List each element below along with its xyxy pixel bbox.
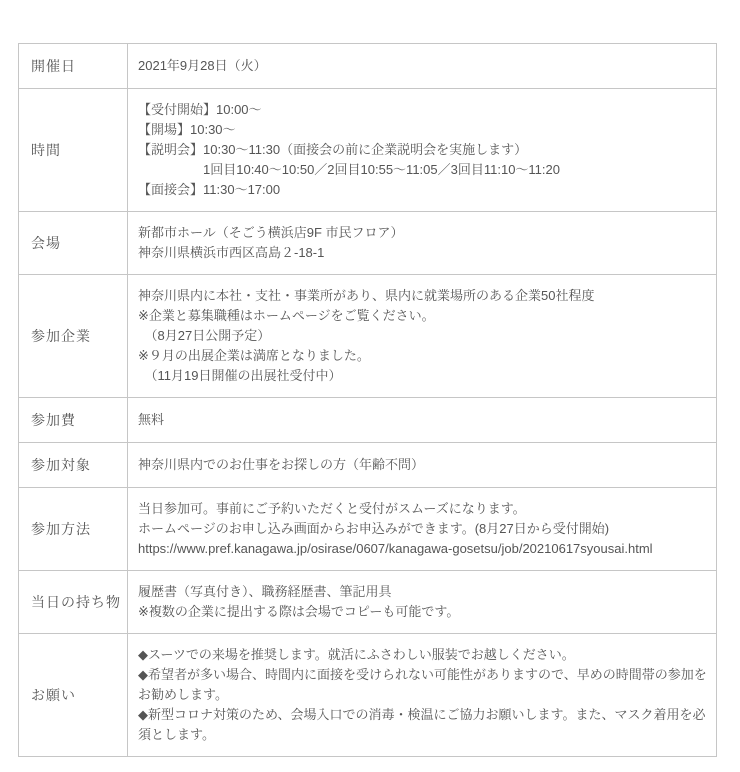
row-value: 当日参加可。事前にご予約いただくと受付がスムーズになります。 ホームページのお申… [128, 488, 717, 571]
table-row-companies: 参加企業 神奈川県内に本社・支社・事業所があり、県内に就業場所のある企業50社程… [19, 275, 717, 398]
table-row-time: 時間 【受付開始】10:00～ 【開場】10:30～ 【説明会】10:30～11… [19, 89, 717, 212]
row-value: 2021年9月28日（火） [128, 44, 717, 89]
row-label: 参加企業 [19, 275, 128, 398]
text-line: ◆希望者が多い場合、時間内に面接を受けられない可能性がありますので、早めの時間帯… [138, 665, 708, 705]
row-value: 神奈川県内でのお仕事をお探しの方（年齢不問） [128, 443, 717, 488]
table-row-venue: 会場 新都市ホール（そごう横浜店9F 市民フロア） 神奈川県横浜市西区高島２-1… [19, 212, 717, 275]
table-row-date: 開催日 2021年9月28日（火） [19, 44, 717, 89]
text-line: ※複数の企業に提出する際は会場でコピーも可能です。 [138, 602, 708, 622]
table-row-items-to-bring: 当日の持ち物 履歴書（写真付き）、職務経歴書、筆記用具 ※複数の企業に提出する際… [19, 571, 717, 634]
table-row-fee: 参加費 無料 [19, 398, 717, 443]
row-value: 履歴書（写真付き）、職務経歴書、筆記用具 ※複数の企業に提出する際は会場でコピー… [128, 571, 717, 634]
text-line: 履歴書（写真付き）、職務経歴書、筆記用具 [138, 582, 708, 602]
text-line: 神奈川県横浜市西区高島２-18-1 [138, 243, 708, 263]
text-line: ◆新型コロナ対策のため、会場入口での消毒・検温にご協力お願いします。また、マスク… [138, 705, 708, 745]
text-line: ホームページのお申し込み画面からお申込みができます。(8月27日から受付開始) [138, 519, 708, 539]
text-line: 無料 [138, 410, 708, 430]
page: 開催日 2021年9月28日（火） 時間 【受付開始】10:00～ 【開場】10… [0, 0, 740, 772]
row-label: お願い [19, 634, 128, 757]
text-line: （11月19日開催の出展社受付中） [138, 366, 708, 386]
row-label: 参加対象 [19, 443, 128, 488]
text-line: 新都市ホール（そごう横浜店9F 市民フロア） [138, 223, 708, 243]
table-row-method: 参加方法 当日参加可。事前にご予約いただくと受付がスムーズになります。 ホームペ… [19, 488, 717, 571]
text-line: 当日参加可。事前にご予約いただくと受付がスムーズになります。 [138, 499, 708, 519]
text-line: 【開場】10:30～ [138, 120, 708, 140]
text-line: 神奈川県内に本社・支社・事業所があり、県内に就業場所のある企業50社程度 [138, 286, 708, 306]
table-row-requests: お願い ◆スーツでの来場を推奨します。就活にふさわしい服装でお越しください。 ◆… [19, 634, 717, 757]
row-value: 無料 [128, 398, 717, 443]
text-line: ◆スーツでの来場を推奨します。就活にふさわしい服装でお越しください。 [138, 645, 708, 665]
application-url-text: https://www.pref.kanagawa.jp/osirase/060… [138, 539, 708, 559]
text-line: 【説明会】10:30～11:30（面接会の前に企業説明会を実施します） [138, 140, 708, 160]
text-line: 【面接会】11:30～17:00 [138, 180, 708, 200]
event-info-table: 開催日 2021年9月28日（火） 時間 【受付開始】10:00～ 【開場】10… [18, 43, 717, 757]
row-label: 時間 [19, 89, 128, 212]
text-line: 神奈川県内でのお仕事をお探しの方（年齢不問） [138, 455, 708, 475]
row-value: 新都市ホール（そごう横浜店9F 市民フロア） 神奈川県横浜市西区高島２-18-1 [128, 212, 717, 275]
row-label: 参加方法 [19, 488, 128, 571]
row-label: 会場 [19, 212, 128, 275]
text-line: 2021年9月28日（火） [138, 56, 708, 76]
row-label: 当日の持ち物 [19, 571, 128, 634]
row-value: 【受付開始】10:00～ 【開場】10:30～ 【説明会】10:30～11:30… [128, 89, 717, 212]
row-value: 神奈川県内に本社・支社・事業所があり、県内に就業場所のある企業50社程度 ※企業… [128, 275, 717, 398]
row-label: 開催日 [19, 44, 128, 89]
text-line: 1回目10:40～10:50／2回目10:55～11:05／3回目11:10～1… [138, 160, 708, 180]
text-line: （8月27日公開予定） [138, 326, 708, 346]
table-row-target: 参加対象 神奈川県内でのお仕事をお探しの方（年齢不問） [19, 443, 717, 488]
row-value: ◆スーツでの来場を推奨します。就活にふさわしい服装でお越しください。 ◆希望者が… [128, 634, 717, 757]
row-label: 参加費 [19, 398, 128, 443]
text-line: 【受付開始】10:00～ [138, 100, 708, 120]
text-line: ※企業と募集職種はホームページをご覧ください。 [138, 306, 708, 326]
text-line: ※９月の出展企業は満席となりました。 [138, 346, 708, 366]
